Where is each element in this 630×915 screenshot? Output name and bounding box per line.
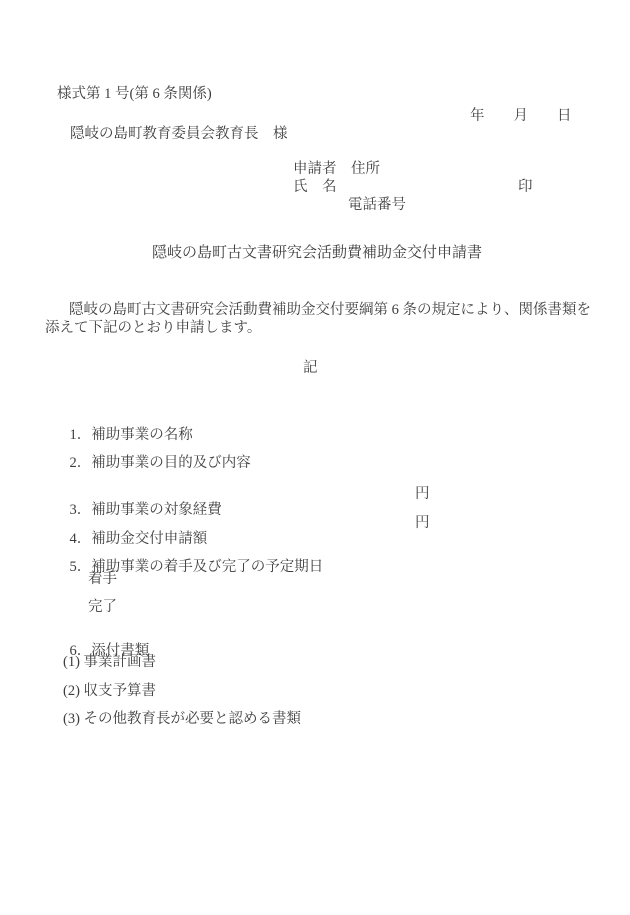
addressee-line: 隠岐の島町教育委員会教育長 様	[70, 127, 288, 143]
applicant-name-label: 氏 名	[293, 180, 337, 196]
item-3-unit-yen: 円	[415, 487, 430, 503]
seal-mark: 印	[518, 180, 533, 196]
item-2-purpose-content: 2．補助事業の目的及び内容	[55, 440, 251, 488]
item-4-unit-yen: 円	[415, 516, 430, 532]
item-2-number: 2．	[70, 455, 92, 471]
attachment-2-budget: (2) 収支予算書	[63, 684, 156, 700]
item-2-label: 補助事業の目的及び内容	[91, 455, 251, 471]
applicant-address-label: 申請者 住所	[293, 162, 380, 178]
date-line: 年 月 日	[470, 109, 572, 125]
item-5-label: 補助事業の着手及び完了の予定期日	[91, 559, 323, 575]
application-form-page: 様式第 1 号(第 6 条関係) 年 月 日 隠岐の島町教育委員会教育長 様 申…	[0, 0, 630, 915]
item-5-start-label: 着手	[88, 572, 117, 588]
form-number: 様式第 1 号(第 6 条関係)	[57, 87, 212, 103]
body-paragraph-line-1: 隠岐の島町古文書研究会活動費補助金交付要綱第 6 条の規定により、関係書類を	[69, 303, 591, 319]
attachment-1-business-plan: (1) 事業計画書	[63, 655, 156, 671]
body-paragraph-line-2: 添えて下記のとおり申請します。	[45, 321, 261, 337]
document-title: 隠岐の島町古文書研究会活動費補助金交付申請書	[152, 245, 482, 262]
item-5-complete-label: 完了	[88, 600, 117, 616]
applicant-phone-label: 電話番号	[348, 198, 406, 214]
attachment-3-other-documents: (3) その他教育長が必要と認める書類	[63, 712, 301, 728]
record-marker: 記	[303, 361, 318, 377]
